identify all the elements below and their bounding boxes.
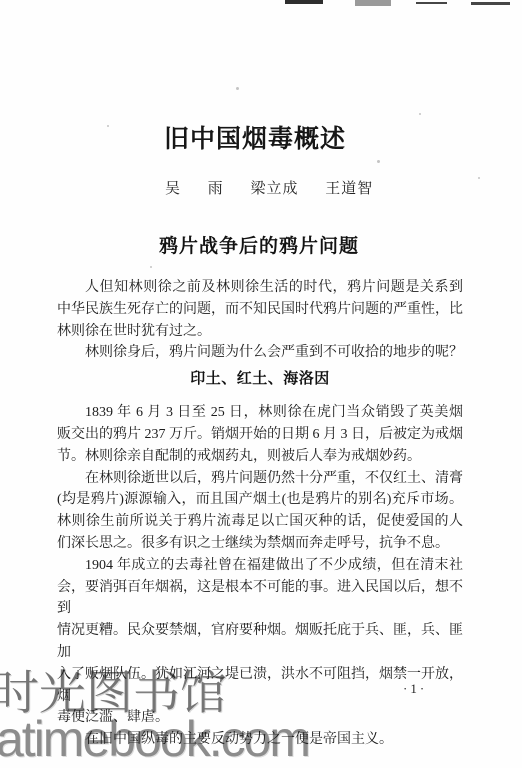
text-line: 人但知林则徐之前及林则徐生活的时代，鸦片问题是关系到 <box>57 277 463 299</box>
text-line: 节。林则徐亲自配制的戒烟药丸，则被后人奉为戒烟妙药。 <box>57 446 463 468</box>
scan-speck <box>150 266 152 268</box>
paragraph-6: 在旧中国纵毒的主要反动势力之一便是帝国主义。 <box>57 729 463 751</box>
text-line: 贩交出的鸦片 237 万斤。销烟开始的日期 6 月 3 日，后被定为戒烟 <box>57 424 463 446</box>
paragraph-3: 1839 年 6 月 3 日至 25 日，林则徐在虎门当众销毁了英美烟 贩交出的… <box>57 402 463 467</box>
scan-artifact-bar <box>416 2 447 4</box>
paragraph-4: 在林则徐逝世以后，鸦片问题仍然十分严重，不仅红土、清膏 (均是鸦片)源源输入，而… <box>57 468 463 555</box>
text-line: 中华民族生死存亡的问题，而不知民国时代鸦片问题的严重性，比 <box>57 299 463 321</box>
scan-artifact-bar <box>355 0 391 6</box>
paragraph-1: 人但知林则徐之前及林则徐生活的时代，鸦片问题是关系到 中华民族生死存亡的问题，而… <box>57 277 463 342</box>
sub-heading: 印土、红土、海洛因 <box>57 369 463 389</box>
text-line: 1839 年 6 月 3 日至 25 日，林则徐在虎门当众销毁了英美烟 <box>57 402 463 424</box>
scanned-book-page: 旧中国烟毒概述 吴 雨 梁立成 王道智 鸦片战争后的鸦片问题 人但知林则徐之前及… <box>0 0 522 768</box>
section-heading: 鸦片战争后的鸦片问题 <box>0 231 518 258</box>
paragraph-5: 1904 年成立的去毒社曾在福建做出了不少成绩，但在清末社 会，要消弭百年烟祸，… <box>57 555 463 729</box>
text-line: 1904 年成立的去毒社曾在福建做出了不少成绩，但在清末社 <box>57 555 463 577</box>
paragraph-2: 林则徐身后，鸦片问题为什么会严重到不可收拾的地步的呢？ <box>57 342 463 364</box>
text-line: 们深长思之。很多有识之士继续为禁烟而奔走呼号，抗争不息。 <box>57 533 463 555</box>
text-line: 在林则徐逝世以后，鸦片问题仍然十分严重，不仅红土、清膏 <box>57 468 463 490</box>
authors-line: 吴 雨 梁立成 王道智 <box>165 177 373 198</box>
page-number: ·1· <box>403 681 427 697</box>
text-line: 会，要消弭百年烟祸，这是根本不可能的事。进入民国以后，想不到 <box>57 577 463 621</box>
scan-speck <box>478 177 480 179</box>
text-line: 情况更糟。民众要禁烟，官府要种烟。烟贩托庇于兵、匪，兵、匪加 <box>57 620 463 664</box>
text-line: 林则徐身后，鸦片问题为什么会严重到不可收拾的地步的呢？ <box>57 342 463 364</box>
text-line: 林则徐生前所说关于鸦片流毒足以亡国灭种的话，促使爱国的人 <box>57 511 463 533</box>
scan-speck <box>419 113 421 115</box>
text-line: 林则徐在世时犹有过之。 <box>57 321 463 343</box>
text-line: 毒便泛滥、肆虐。 <box>57 707 463 729</box>
text-line: 在旧中国纵毒的主要反动势力之一便是帝国主义。 <box>57 729 463 751</box>
scan-artifact-bar <box>471 2 510 5</box>
scan-artifact-bar <box>285 0 323 4</box>
chapter-title: 旧中国烟毒概述 <box>0 119 510 155</box>
text-line: (均是鸦片)源源输入，而且国产烟土(也是鸦片的别名)充斥市场。 <box>57 489 463 511</box>
scan-speck <box>236 87 239 90</box>
scan-speck <box>377 160 380 163</box>
body-text-column: 人但知林则徐之前及林则徐生活的时代，鸦片问题是关系到 中华民族生死存亡的问题，而… <box>57 277 463 751</box>
